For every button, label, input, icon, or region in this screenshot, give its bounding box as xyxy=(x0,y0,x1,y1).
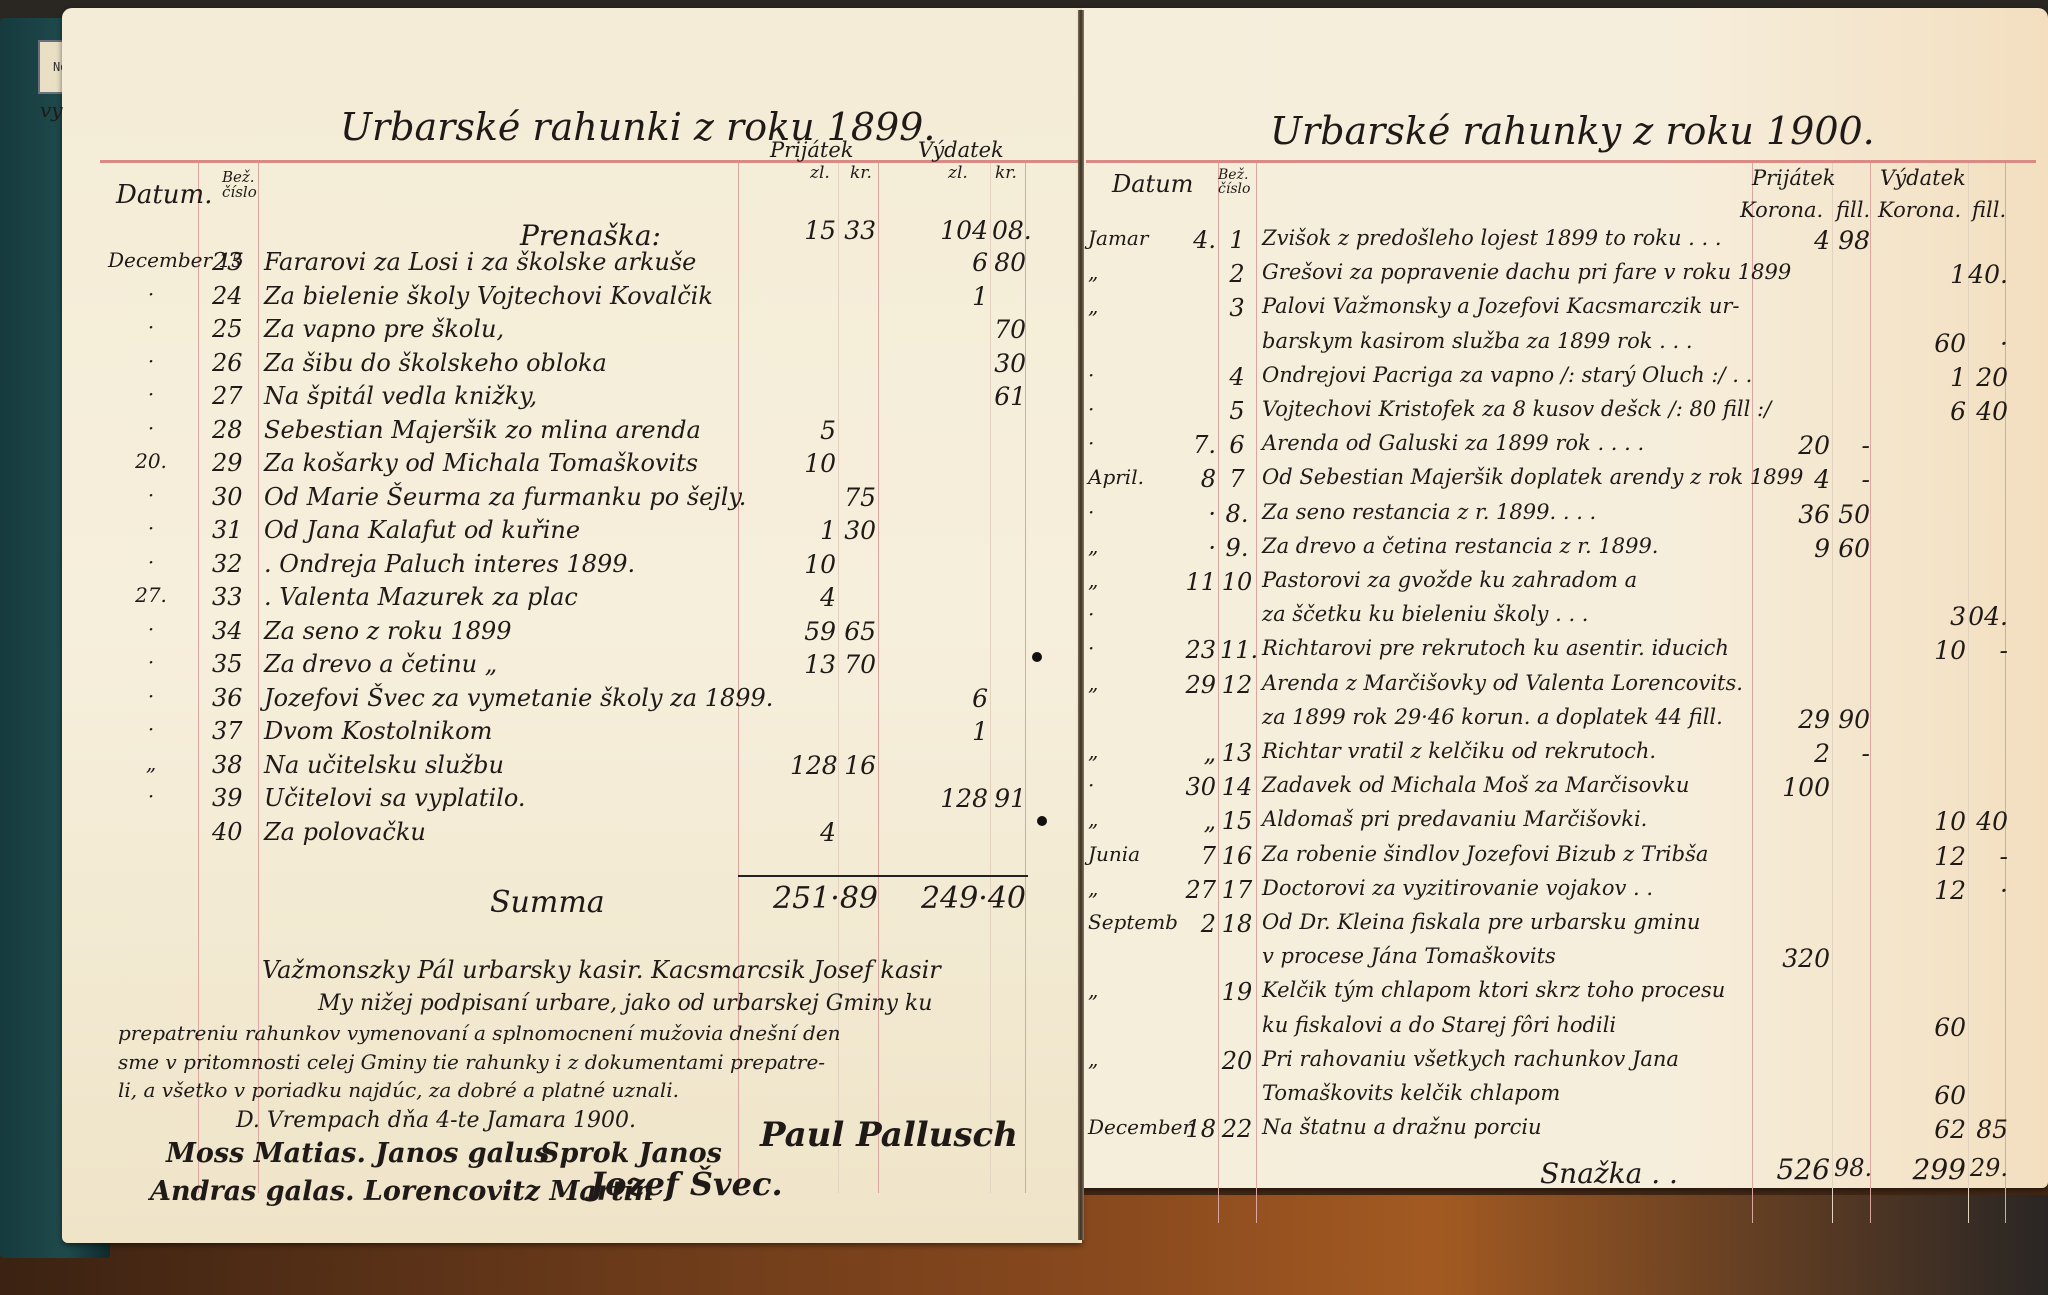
right-row-text: Arenda z Marčišovky od Valenta Lorencovi… xyxy=(1262,673,1750,694)
right-row-text: Grešovi za popravenie dachu pri fare v r… xyxy=(1262,262,1750,283)
left-row-datum: · xyxy=(108,652,194,672)
right-row-mesiac: „ xyxy=(1088,980,1170,1000)
right-row-den: „ xyxy=(1172,809,1216,833)
left-row-cislo: 40 xyxy=(212,820,254,844)
right-row-p-k: 20 xyxy=(1760,433,1830,458)
signature-2: Sprok Janos xyxy=(540,1140,722,1167)
left-row-v-kr: 70 xyxy=(992,317,1026,342)
right-row-den: 4. xyxy=(1172,228,1216,252)
header-prijatek: Prijátek xyxy=(770,140,854,161)
left-row-v-zl: 128 xyxy=(920,786,988,811)
right-row-mesiac: „ xyxy=(1088,673,1170,693)
right-row-mesiac: · xyxy=(1088,399,1170,419)
right-row-p-f: - xyxy=(1834,467,1870,492)
r-header-datum: Datum xyxy=(1112,172,1193,196)
left-row-text: Učitelovi sa vyplatilo. xyxy=(264,786,734,810)
right-row-text: ku fiskalovi a do Starej fôri hodili xyxy=(1262,1015,1750,1036)
right-col-vf xyxy=(2005,163,2006,1223)
right-row-den: 11 xyxy=(1172,570,1216,594)
right-col-pk xyxy=(1832,163,1833,1223)
right-row-text: Pastorovi za gvožde ku zahradom a xyxy=(1262,570,1750,591)
right-row-den: 27 xyxy=(1172,878,1216,902)
right-row-p-f: - xyxy=(1834,433,1870,458)
left-row-v-zl: 1 xyxy=(920,719,988,744)
left-row-p-kr: 70 xyxy=(842,652,876,677)
right-row-v-f: 85 xyxy=(1968,1117,2008,1142)
place-date: D. Vrempach dňa 4-te Jamara 1900. xyxy=(236,1110,636,1132)
left-row-cislo: 34 xyxy=(212,619,254,643)
right-row-mesiac: „ xyxy=(1088,296,1170,316)
left-row-datum: · xyxy=(108,485,194,505)
right-row-v-k: 60 xyxy=(1900,331,1966,356)
cashiers-line: Važmonszky Pál urbarsky kasir. Kacsmarcs… xyxy=(262,958,941,982)
left-row-p-zl: 10 xyxy=(790,451,836,476)
left-row-cislo: 24 xyxy=(212,284,254,308)
right-row-cislo: 9. xyxy=(1220,536,1254,560)
book-gutter xyxy=(1078,10,1084,1240)
left-row-p-kr: 30 xyxy=(842,518,876,543)
right-col-datum xyxy=(1218,163,1219,1223)
left-col-vzl xyxy=(990,163,991,1193)
right-row-cislo: 19 xyxy=(1220,980,1254,1004)
left-row-p-zl: 4 xyxy=(790,820,836,845)
left-row-text: Sebestian Majeršik zo mlina arenda xyxy=(264,418,734,442)
header-datum: Datum. xyxy=(116,182,212,208)
right-col-vk xyxy=(1968,163,1969,1223)
left-row-p-zl: 10 xyxy=(790,552,836,577)
left-row-text: Od Jana Kalafut od kuřine xyxy=(264,518,734,542)
left-row-cislo: 27 xyxy=(212,384,254,408)
left-row-p-zl: 13 xyxy=(790,652,836,677)
left-row-cislo: 33 xyxy=(212,585,254,609)
right-row-v-k: 62 xyxy=(1900,1117,1966,1142)
total-vydatek-k: 299 xyxy=(1900,1156,1966,1184)
left-row-datum: December 15 xyxy=(108,250,194,270)
left-row-text: Jozefovi Švec za vymetanie školy za 1899… xyxy=(264,686,734,710)
right-row-text: Doctorovi za vyzitirovanie vojakov . . xyxy=(1262,878,1750,899)
right-row-mesiac: Jamar xyxy=(1088,228,1170,248)
declaration-line-4: li, a všetko v poriadku najdúc, za dobré… xyxy=(118,1080,679,1100)
r-header-vydatek: Výdatek xyxy=(1880,168,1966,189)
left-row-p-kr: 75 xyxy=(842,485,876,510)
right-header-rule xyxy=(1086,160,2036,163)
carry-over-label: Prenaška: xyxy=(520,222,661,250)
left-row-cislo: 29 xyxy=(212,451,254,475)
right-row-mesiac: · xyxy=(1088,502,1170,522)
left-row-cislo: 31 xyxy=(212,518,254,542)
right-row-text: Aldomaš pri predavaniu Marčišovki. xyxy=(1262,809,1750,830)
right-row-p-f: 60 xyxy=(1834,536,1870,561)
summa-label: Summa xyxy=(490,888,605,918)
left-row-datum: · xyxy=(108,418,194,438)
declaration-line-1: My nižej podpisaní urbare, jako od urbar… xyxy=(318,993,932,1015)
right-row-den: 18 xyxy=(1172,1117,1216,1141)
signature-4: Andras galas. Lorencovitz Martin xyxy=(150,1178,654,1205)
right-row-p-k: 4 xyxy=(1760,467,1830,492)
signature-5: Jozef Švec. xyxy=(590,1168,783,1200)
left-row-p-zl: 5 xyxy=(790,418,836,443)
left-row-datum: · xyxy=(108,552,194,572)
right-row-v-k: 12 xyxy=(1900,844,1966,869)
left-row-text: Na špitál vedla knižky, xyxy=(264,384,734,408)
right-row-cislo: 20 xyxy=(1220,1049,1254,1073)
right-row-cislo: 7 xyxy=(1220,467,1254,491)
header-zl-p: zl. xyxy=(810,165,830,182)
right-row-cislo: 3 xyxy=(1220,296,1254,320)
right-row-cislo: 11. xyxy=(1220,638,1254,662)
right-row-mesiac: April. xyxy=(1088,467,1170,487)
right-row-den: · xyxy=(1172,502,1216,526)
right-row-v-f: 04. xyxy=(1968,604,2008,629)
right-row-text: v procese Jána Tomaškovits xyxy=(1262,946,1750,967)
right-row-cislo: 15 xyxy=(1220,809,1254,833)
right-row-p-k: 4 xyxy=(1760,228,1830,253)
right-row-v-f: · xyxy=(1968,878,2008,903)
left-row-datum: 27. xyxy=(108,585,194,605)
right-row-v-k: 10 xyxy=(1900,809,1966,834)
r-header-korona-p: Korona. xyxy=(1740,200,1823,221)
right-row-v-k: 60 xyxy=(1900,1083,1966,1108)
right-row-text: Pri rahovaniu všetkych rachunkov Jana xyxy=(1262,1049,1750,1070)
right-row-text: Kelčik tým chlapom ktori skrz toho proce… xyxy=(1262,980,1750,1001)
left-row-v-kr: 91 xyxy=(992,786,1026,811)
right-row-text: Tomaškovits kelčik chlapom xyxy=(1262,1083,1750,1104)
carry-over-v-zl: 104 xyxy=(920,218,988,243)
left-row-text: Dvom Kostolnikom xyxy=(264,719,734,743)
left-row-text: Za košarky od Michala Tomaškovits xyxy=(264,451,734,475)
header-kr-p: kr. xyxy=(850,165,872,182)
total-prijatek-f: 98. xyxy=(1834,1156,1870,1180)
total-prijatek-k: 526 xyxy=(1760,1156,1830,1184)
right-row-text: Ondrejovi Pacriga za vapno /: starý Oluc… xyxy=(1262,365,1750,386)
left-row-datum: · xyxy=(108,351,194,371)
right-row-mesiac: „ xyxy=(1088,741,1170,761)
left-row-text: . Ondreja Paluch interes 1899. xyxy=(264,552,734,576)
right-row-v-f: · xyxy=(1968,331,2008,356)
declaration-line-2: prepatreniu rahunkov vymenovaní a splnom… xyxy=(118,1023,841,1043)
left-row-p-zl: 59 xyxy=(790,619,836,644)
right-row-p-k: 100 xyxy=(1760,775,1830,800)
right-row-p-k: 36 xyxy=(1760,502,1830,527)
right-row-cislo: 17 xyxy=(1220,878,1254,902)
left-row-datum: 20. xyxy=(108,451,194,471)
right-row-text: Na štatnu a dražnu porciu xyxy=(1262,1117,1750,1138)
carry-over-p-kr: 33 xyxy=(842,218,876,243)
right-row-cislo: 16 xyxy=(1220,844,1254,868)
right-row-p-f: 98 xyxy=(1834,228,1870,253)
left-row-text: Za seno z roku 1899 xyxy=(264,619,734,643)
right-row-cislo: 6 xyxy=(1220,433,1254,457)
left-row-cislo: 37 xyxy=(212,719,254,743)
left-row-cislo: 35 xyxy=(212,652,254,676)
left-row-datum: · xyxy=(108,619,194,639)
left-row-v-zl: 6 xyxy=(920,250,988,275)
left-row-cislo: 30 xyxy=(212,485,254,509)
right-row-p-k: 320 xyxy=(1760,946,1830,971)
right-row-text: Palovi Važmonsky a Jozefovi Kacsmarczik … xyxy=(1262,296,1750,317)
right-row-den: 8 xyxy=(1172,467,1216,491)
right-row-mesiac: Septemb xyxy=(1088,912,1170,932)
right-row-text: Arenda od Galuski za 1899 rok . . . . xyxy=(1262,433,1750,454)
left-row-text: Fararovi za Losi i za školske arkuše xyxy=(264,250,734,274)
left-row-v-kr: 80 xyxy=(992,250,1026,275)
left-row-datum: · xyxy=(108,786,194,806)
right-row-v-f: - xyxy=(1968,844,2008,869)
right-row-mesiac: Junia xyxy=(1088,844,1170,864)
right-row-den: 7 xyxy=(1172,844,1216,868)
cover-note: vy xyxy=(40,100,63,120)
right-row-cislo: 5 xyxy=(1220,399,1254,423)
summa-prijatek: 251·89 xyxy=(760,884,878,914)
right-row-text: za ščetku ku bieleniu školy . . . xyxy=(1262,604,1750,625)
right-row-text: za 1899 rok 29·46 korun. a doplatek 44 f… xyxy=(1262,707,1750,728)
right-row-mesiac: „ xyxy=(1088,262,1170,282)
right-row-text: Richtar vratil z kelčiku od rekrutoch. xyxy=(1262,741,1750,762)
r-header-prijatek: Prijátek xyxy=(1752,168,1836,189)
left-row-p-kr: 65 xyxy=(842,619,876,644)
carry-over-v-kr: 08. xyxy=(992,218,1026,243)
left-row-datum: · xyxy=(108,686,194,706)
left-row-v-zl: 1 xyxy=(920,284,988,309)
right-row-v-k: 60 xyxy=(1900,1015,1966,1040)
signature-1: Moss Matias. Janos galus xyxy=(166,1140,549,1167)
right-row-mesiac: December xyxy=(1088,1117,1170,1137)
left-row-text: Za drevo a četinu „ xyxy=(264,652,734,676)
r-header-cislo: Bež. číslo xyxy=(1218,168,1252,196)
left-row-cislo: 36 xyxy=(212,686,254,710)
right-row-den: 7. xyxy=(1172,433,1216,457)
right-row-text: Za seno restancia z r. 1899. . . . xyxy=(1262,502,1750,523)
left-row-datum: · xyxy=(108,719,194,739)
right-row-text: Za robenie šindlov Jozefovi Bizub z Trib… xyxy=(1262,844,1750,865)
left-row-cislo: 32 xyxy=(212,552,254,576)
right-row-v-k: 1 xyxy=(1900,365,1966,390)
r-header-korona-v: Korona. xyxy=(1878,200,1961,221)
right-row-v-k: 10 xyxy=(1900,638,1966,663)
left-row-text: Na učitelsku službu xyxy=(264,753,734,777)
header-cislo: Bež. číslo xyxy=(222,170,256,200)
right-row-text: barskym kasirom služba za 1899 rok . . . xyxy=(1262,331,1750,352)
right-row-mesiac: · xyxy=(1088,365,1170,385)
right-row-text: Zadavek od Michala Moš za Marčisovku xyxy=(1262,775,1750,796)
right-row-v-f: 40 xyxy=(1968,399,2008,424)
left-row-v-zl: 6 xyxy=(920,686,988,711)
left-row-p-zl: 1 xyxy=(790,518,836,543)
right-row-mesiac: · xyxy=(1088,604,1170,624)
left-row-datum: · xyxy=(108,284,194,304)
right-row-p-k: 29 xyxy=(1760,707,1830,732)
right-row-den: 2 xyxy=(1172,912,1216,936)
total-vydatek-f: 29. xyxy=(1968,1156,2008,1180)
left-row-datum: · xyxy=(108,317,194,337)
right-row-mesiac: · xyxy=(1088,433,1170,453)
left-row-cislo: 39 xyxy=(212,786,254,810)
left-row-p-kr: 16 xyxy=(842,753,876,778)
right-row-text: Vojtechovi Kristofek za 8 kusov dešck /:… xyxy=(1262,399,1750,420)
right-row-den: 30 xyxy=(1172,775,1216,799)
r-header-fill-p: fill. xyxy=(1836,200,1870,221)
left-row-text: Za šibu do školskeho obloka xyxy=(264,351,734,375)
left-row-cislo: 28 xyxy=(212,418,254,442)
right-col-text xyxy=(1752,163,1753,1223)
left-row-datum: · xyxy=(108,384,194,404)
ink-dot xyxy=(1037,816,1047,826)
right-row-cislo: 12 xyxy=(1220,673,1254,697)
header-zl-v: zl. xyxy=(948,165,968,182)
left-row-cislo: 25 xyxy=(212,317,254,341)
right-row-cislo: 14 xyxy=(1220,775,1254,799)
summa-vydatek: 249·40 xyxy=(900,884,1026,914)
right-row-cislo: 22 xyxy=(1220,1117,1254,1141)
right-row-cislo: 8. xyxy=(1220,502,1254,526)
right-row-p-f: - xyxy=(1834,741,1870,766)
right-row-den: „ xyxy=(1172,741,1216,765)
right-page-title: Urbarské rahunky z roku 1900. xyxy=(1270,112,1875,150)
right-row-text: Richtarovi pre rekrutoch ku asentir. idu… xyxy=(1262,638,1750,659)
right-row-v-k: 12 xyxy=(1900,878,1966,903)
left-row-p-zl: 4 xyxy=(790,585,836,610)
left-row-p-zl: 128 xyxy=(790,753,836,778)
r-header-fill-v: fill. xyxy=(1972,200,2006,221)
right-row-p-k: 2 xyxy=(1760,741,1830,766)
left-row-cislo: 26 xyxy=(212,351,254,375)
left-row-text: . Valenta Mazurek za plac xyxy=(264,585,734,609)
right-row-cislo: 2 xyxy=(1220,262,1254,286)
right-row-text: Za drevo a četina restancia z r. 1899. xyxy=(1262,536,1750,557)
right-row-v-f: 20 xyxy=(1968,365,2008,390)
right-row-v-f: 40 xyxy=(1968,809,2008,834)
right-row-cislo: 13 xyxy=(1220,741,1254,765)
right-row-v-f: 40. xyxy=(1968,262,2008,287)
right-row-cislo: 1 xyxy=(1220,228,1254,252)
right-col-pf xyxy=(1870,163,1871,1223)
right-row-mesiac: „ xyxy=(1088,570,1170,590)
header-vydatek: Výdatek xyxy=(918,140,1004,161)
right-row-text: Zvišok z predošleho lojest 1899 to roku … xyxy=(1262,228,1750,249)
right-row-mesiac: „ xyxy=(1088,809,1170,829)
left-row-text: Za polovačku xyxy=(264,820,734,844)
right-row-mesiac: · xyxy=(1088,638,1170,658)
right-row-v-k: 1 xyxy=(1900,262,1966,287)
left-row-text: Za bielenie školy Vojtechovi Kovalčik xyxy=(264,284,734,308)
right-row-den: · xyxy=(1172,536,1216,560)
right-row-text: Od Dr. Kleina fiskala pre urbarsku gminu xyxy=(1262,912,1750,933)
left-row-datum: „ xyxy=(108,753,194,773)
right-row-cislo: 18 xyxy=(1220,912,1254,936)
signature-3: Paul Pallusch xyxy=(760,1118,1018,1152)
right-col-cislo xyxy=(1256,163,1257,1223)
right-row-text: Od Sebestian Majeršik doplatek arendy z … xyxy=(1262,467,1750,488)
left-row-v-kr: 61 xyxy=(992,384,1026,409)
left-col-pkr xyxy=(878,163,879,1193)
right-row-mesiac: · xyxy=(1088,775,1170,795)
left-row-text: Od Marie Šeurma za furmanku po šejly. xyxy=(264,485,734,509)
summa-rule xyxy=(738,875,1028,877)
ink-dot xyxy=(1032,652,1042,662)
total-label: Snažka . . xyxy=(1540,1160,1678,1188)
right-row-cislo: 4 xyxy=(1220,365,1254,389)
right-row-mesiac: „ xyxy=(1088,536,1170,556)
right-row-den: 29 xyxy=(1172,673,1216,697)
left-row-text: Za vapno pre školu, xyxy=(264,317,734,341)
right-row-cislo: 10 xyxy=(1220,570,1254,594)
left-row-cislo: 23 xyxy=(212,250,254,274)
left-row-v-kr: 30 xyxy=(992,351,1026,376)
right-row-v-k: 6 xyxy=(1900,399,1966,424)
right-row-v-k: 3 xyxy=(1900,604,1966,629)
right-row-mesiac: „ xyxy=(1088,1049,1170,1069)
left-row-cislo: 38 xyxy=(212,753,254,777)
right-row-p-k: 9 xyxy=(1760,536,1830,561)
right-row-p-f: 50 xyxy=(1834,502,1870,527)
declaration-line-3: sme v pritomnosti celej Gminy tie rahunk… xyxy=(118,1052,825,1072)
header-kr-v: kr. xyxy=(995,165,1017,182)
right-row-den: 23 xyxy=(1172,638,1216,662)
right-row-p-f: 90 xyxy=(1834,707,1870,732)
left-row-datum: · xyxy=(108,518,194,538)
carry-over-p-zl: 15 xyxy=(790,218,836,243)
right-row-v-f: - xyxy=(1968,638,2008,663)
right-row-mesiac: „ xyxy=(1088,878,1170,898)
